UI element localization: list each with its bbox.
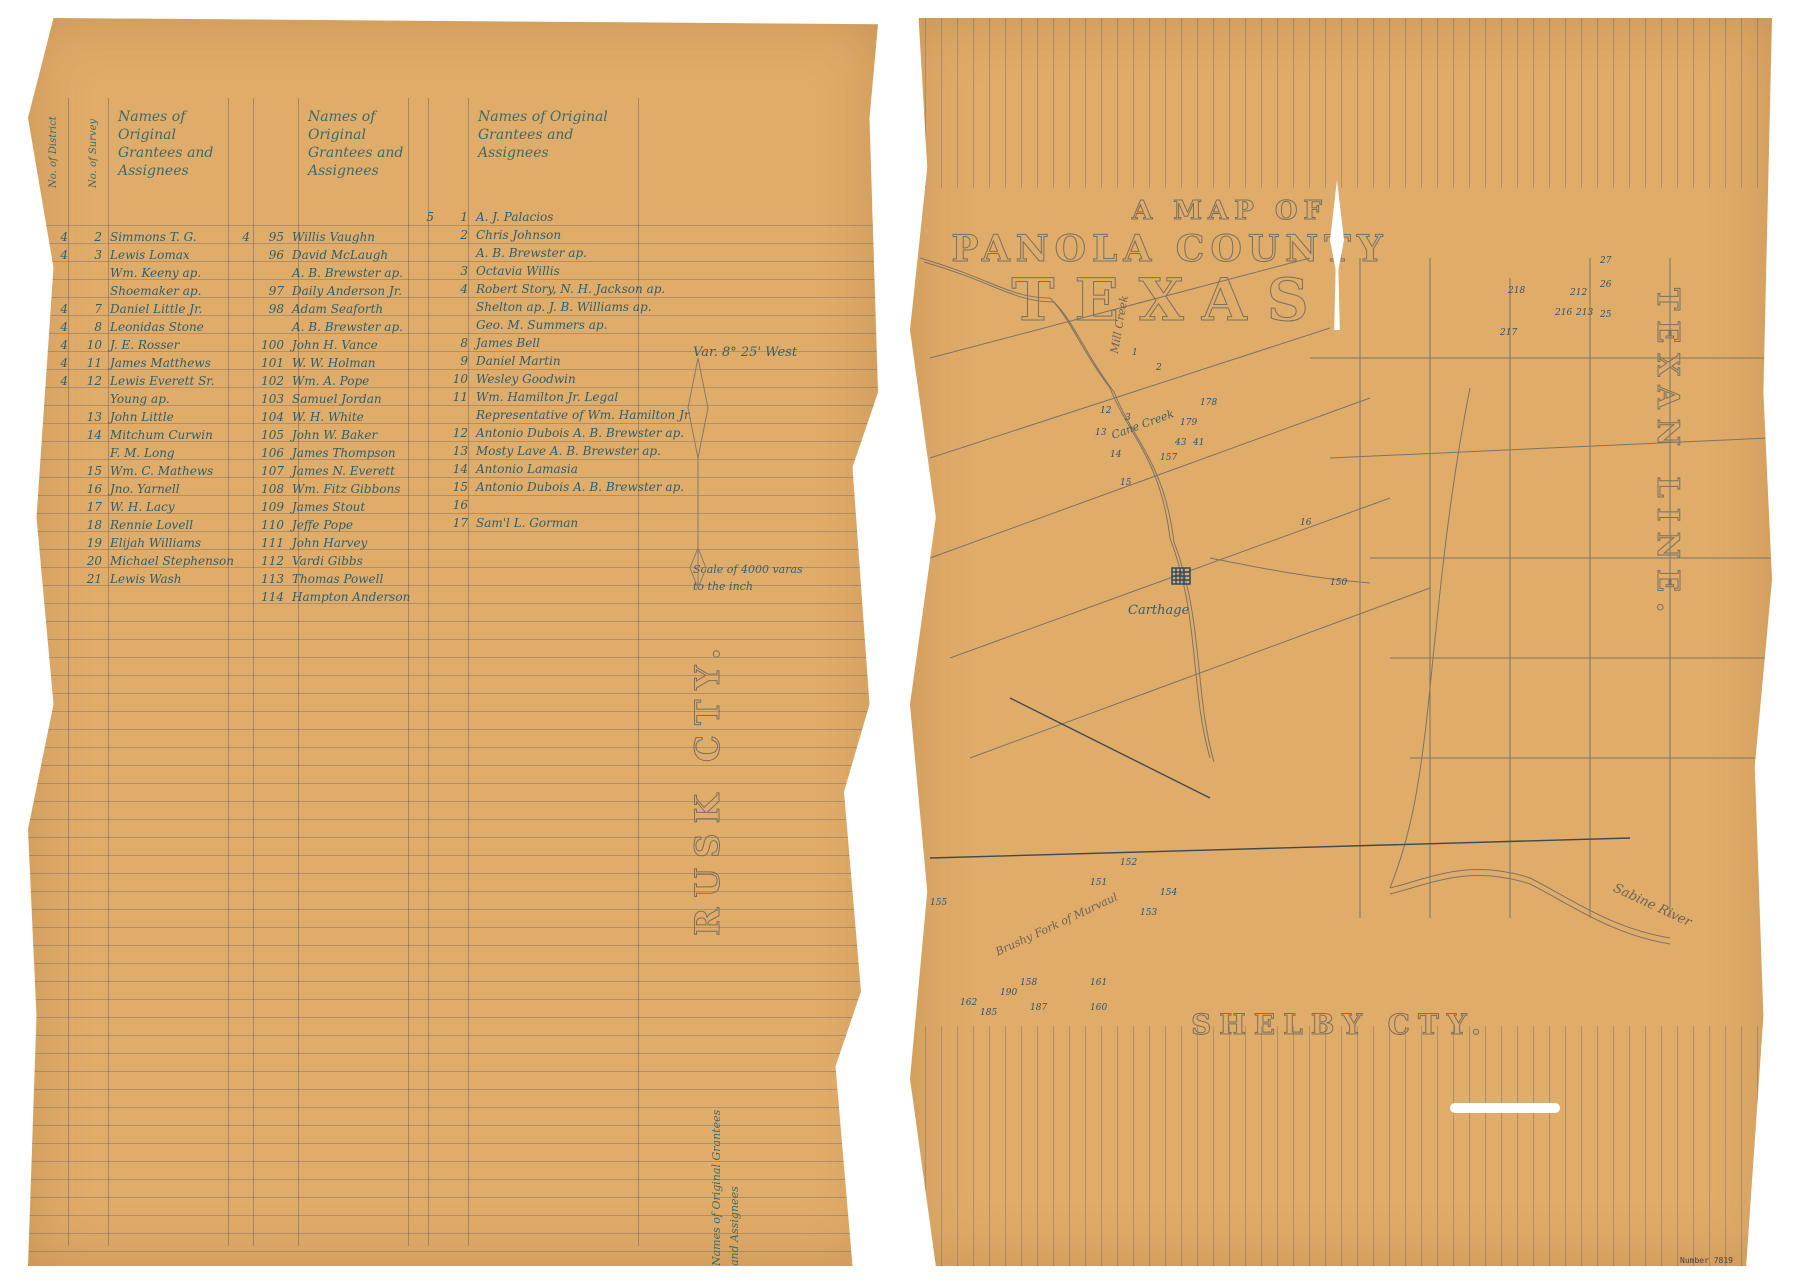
header-grantees-1: Names of Original Grantees and Assignees — [118, 108, 228, 180]
survey-number: 161 — [1090, 978, 1107, 988]
survey-number: 217 — [1500, 328, 1517, 338]
ledger-row: 18Rennie Lovell — [42, 516, 234, 534]
ledger-row: 100John H. Vance — [224, 336, 410, 354]
survey-number: 155 — [930, 898, 947, 908]
survey-number: 15 — [1120, 478, 1131, 488]
ledger-row: Young ap. — [42, 390, 234, 408]
ledger-row: 3Octavia Willis — [408, 262, 692, 280]
ledger-row: 96David McLaugh — [224, 246, 410, 264]
survey-number: 151 — [1090, 878, 1107, 888]
header-survey: No. of Survey — [88, 98, 99, 188]
survey-number: 16 — [1300, 518, 1311, 528]
ledger-row: 48Leonidas Stone — [42, 318, 234, 336]
ledger-column-3: 51A. J. Palacios 2Chris Johnson A. B. Br… — [408, 208, 692, 532]
ledger-row: 17Sam'l L. Gorman — [408, 514, 692, 532]
header-grantees-2: Names of Original Grantees and Assignees — [308, 108, 428, 180]
ledger-row: 43Lewis Lomax — [42, 246, 234, 264]
ledger-row: 412Lewis Everett Sr. — [42, 372, 234, 390]
survey-number: 41 — [1193, 438, 1204, 448]
ledger-row: 15Antonio Dubois A. B. Brewster ap. — [408, 478, 692, 496]
ledger-row: Wm. Keeny ap. — [42, 264, 234, 282]
survey-number: 153 — [1140, 908, 1157, 918]
survey-number: 152 — [1120, 858, 1137, 868]
ledger-row: 51A. J. Palacios — [408, 208, 692, 226]
archive-number: Number 7819 — [1680, 1256, 1733, 1265]
survey-number: 185 — [980, 1008, 997, 1018]
ledger-row: 17W. H. Lacy — [42, 498, 234, 516]
ledger-row: 10Wesley Goodwin — [408, 370, 692, 388]
ledger-row: 107James N. Everett — [224, 462, 410, 480]
ledger-row: 13Mosty Lave A. B. Brewster ap. — [408, 442, 692, 460]
ledger-row: 11Wm. Hamilton Jr. Legal — [408, 388, 692, 406]
ledger-row: 42Simmons T. G. — [42, 228, 234, 246]
ledger-row: 495Willis Vaughn — [224, 228, 410, 246]
survey-number: 26 — [1600, 280, 1611, 290]
ledger-row: 2Chris Johnson — [408, 226, 692, 244]
ledger-column-2: 495Willis Vaughn 96David McLaugh A. B. B… — [224, 228, 410, 606]
ledger-sheet-left: No. of District No. of Survey Names of O… — [28, 18, 878, 1266]
ledger-row: 8James Bell — [408, 334, 692, 352]
survey-number: 2 — [1156, 363, 1162, 373]
survey-number: 3 — [1125, 413, 1131, 423]
survey-number: 157 — [1160, 453, 1177, 463]
ledger-row: 105John W. Baker — [224, 426, 410, 444]
ledger-row: 13John Little — [42, 408, 234, 426]
north-arrow-icon — [668, 348, 728, 608]
survey-number: 158 — [1020, 978, 1037, 988]
ledger-row: 112Vardi Gibbs — [224, 552, 410, 570]
ledger-row: 9Daniel Martin — [408, 352, 692, 370]
ledger-row: 19Elijah Williams — [42, 534, 234, 552]
ledger-row: 102Wm. A. Pope — [224, 372, 410, 390]
ledger-row: 97Daily Anderson Jr. — [224, 282, 410, 300]
rusk-county-label: RUSK CTY. — [688, 638, 728, 936]
survey-number: 212 — [1570, 288, 1587, 298]
ledger-row: 98Adam Seaforth — [224, 300, 410, 318]
survey-number: 13 — [1095, 428, 1106, 438]
survey-number: 187 — [1030, 1003, 1047, 1013]
ledger-row: 47Daniel Little Jr. — [42, 300, 234, 318]
survey-number: 179 — [1180, 418, 1197, 428]
ledger-row: 411James Matthews — [42, 354, 234, 372]
ledger-row: 111John Harvey — [224, 534, 410, 552]
map-sheet-right: A MAP OF PANOLA COUNTY TEXAS TEXAN LINE.… — [910, 18, 1772, 1266]
survey-number: 218 — [1508, 286, 1525, 296]
ledger-row: F. M. Long — [42, 444, 234, 462]
survey-number: 14 — [1110, 450, 1121, 460]
ledger-row: 410J. E. Rosser — [42, 336, 234, 354]
ledger-row: 14Mitchum Curwin — [42, 426, 234, 444]
ledger-row: 21Lewis Wash — [42, 570, 234, 588]
survey-number: 1 — [1132, 348, 1138, 358]
ledger-row: 15Wm. C. Mathews — [42, 462, 234, 480]
ledger-row: Representative of Wm. Hamilton Jr. — [408, 406, 692, 424]
ledger-row: 101W. W. Holman — [224, 354, 410, 372]
ledger-row: 14Antonio Lamasia — [408, 460, 692, 478]
torn-gap-center — [868, 20, 910, 1284]
ledger-row: 103Samuel Jordan — [224, 390, 410, 408]
bottom-ledger-grid — [910, 1026, 1772, 1266]
bottom-header: Names of Original Grantees and Assignees — [708, 1098, 748, 1266]
ledger-row: A. B. Brewster ap. — [408, 244, 692, 262]
ledger-row: Shoemaker ap. — [42, 282, 234, 300]
survey-number: 216 — [1555, 308, 1572, 318]
ledger-row: 16Jno. Yarnell — [42, 480, 234, 498]
ledger-row: Shelton ap. J. B. Williams ap. — [408, 298, 692, 316]
survey-number: 27 — [1600, 256, 1611, 266]
ledger-row: 106James Thompson — [224, 444, 410, 462]
survey-number: 160 — [1090, 1003, 1107, 1013]
top-ledger-grid — [910, 18, 1772, 188]
ledger-row: Geo. M. Summers ap. — [408, 316, 692, 334]
header-district: No. of District — [48, 98, 59, 188]
ledger-row: 104W. H. White — [224, 408, 410, 426]
torn-slit-lower-right — [1450, 1103, 1560, 1113]
survey-number: 154 — [1160, 888, 1177, 898]
ledger-row: A. B. Brewster ap. — [224, 318, 410, 336]
ledger-row: 12Antonio Dubois A. B. Brewster ap. — [408, 424, 692, 442]
ledger-row: 109James Stout — [224, 498, 410, 516]
survey-number: 25 — [1600, 310, 1611, 320]
survey-number: 178 — [1200, 398, 1217, 408]
ledger-row: 4Robert Story, N. H. Jackson ap. — [408, 280, 692, 298]
ledger-row: 113Thomas Powell — [224, 570, 410, 588]
ledger-row: 16 — [408, 496, 692, 514]
survey-number: 162 — [960, 998, 977, 1008]
survey-number: 190 — [1000, 988, 1017, 998]
ledger-row: 108Wm. Fitz Gibbons — [224, 480, 410, 498]
ledger-row: 114Hampton Anderson — [224, 588, 410, 606]
ledger-column-1: 42Simmons T. G. 43Lewis Lomax Wm. Keeny … — [42, 228, 234, 588]
ledger-row: 20Michael Stephenson — [42, 552, 234, 570]
ledger-row: 110Jeffe Pope — [224, 516, 410, 534]
survey-number: 213 — [1576, 308, 1593, 318]
survey-number: 12 — [1100, 406, 1111, 416]
county-seat-label: Carthage — [1128, 603, 1189, 618]
ledger-row: A. B. Brewster ap. — [224, 264, 410, 282]
survey-number: 43 — [1175, 438, 1186, 448]
survey-number: 150 — [1330, 578, 1347, 588]
header-grantees-3: Names of Original Grantees and Assignees — [478, 108, 628, 162]
